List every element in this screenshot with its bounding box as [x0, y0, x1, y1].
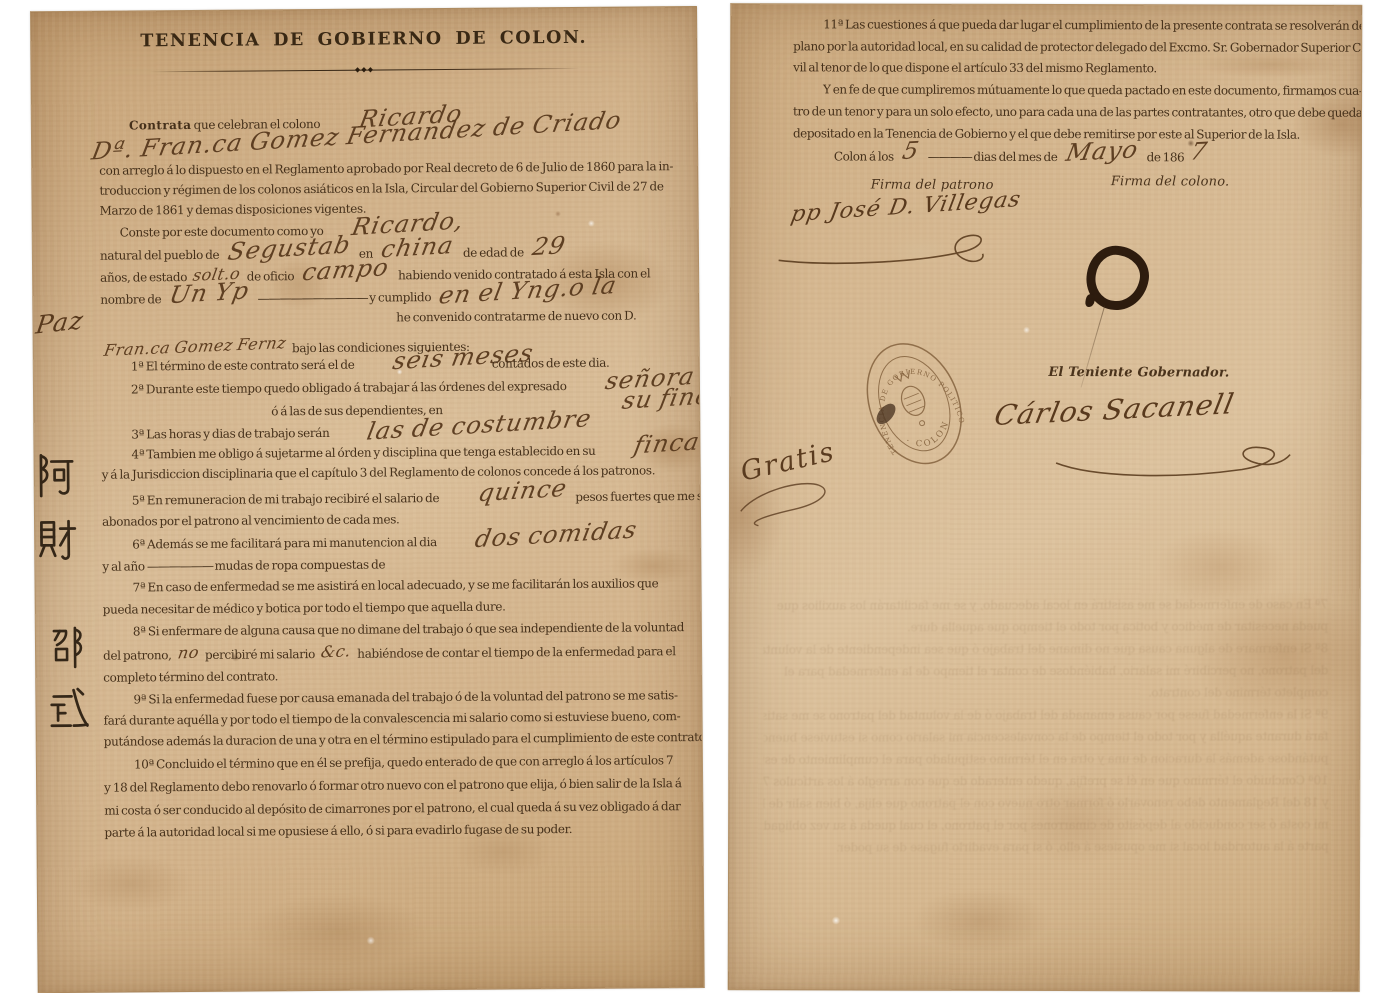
clause-7-line-2: pueda necesitar de médico y botica por t…	[103, 597, 665, 619]
clause-2-line-1: 2ª Durante este tiempo quedo obligado á …	[101, 377, 663, 399]
printed-text: 6ª Además se me facilitará para mi manut…	[132, 535, 439, 551]
chinese-character-wu-icon	[45, 682, 93, 736]
closing-line-3: depositado en la Tenencia de Gobierno y …	[793, 125, 1325, 144]
clause-11-line-3: vil al tenor de lo que dispone el artícu…	[793, 59, 1325, 78]
handwritten-text: en el Yng.o la	[439, 285, 617, 296]
lieutenant-governor-signature: Cárlos Sacanell	[992, 387, 1238, 432]
bleedthrough-line: 7ª En caso de enfermedad se me asistirá …	[763, 593, 1328, 616]
chinese-character-a-icon	[32, 449, 80, 501]
svg-text:· COLON ·: · COLON ·	[840, 319, 962, 467]
printed-text: de edad de	[461, 245, 527, 260]
printed-text: pesos fuertes que me serán	[573, 489, 705, 504]
printed-text: 4ª Tambien me obligo á sujetarme al órde…	[131, 444, 597, 462]
bleedthrough-line: 8ª Si enfermare de alguna causa que no d…	[763, 637, 1328, 660]
printed-text: de oficio	[244, 269, 296, 283]
bleedthrough-line: fará durante aquélla y por todo el tiemp…	[763, 725, 1328, 748]
document-title: TENENCIA DE GOBIERNO DE COLON.	[31, 27, 696, 52]
stamp-arc-bottom-text: · COLON ·	[840, 319, 962, 467]
handwritten-text: &c.	[321, 651, 351, 652]
printed-text: y al año	[102, 559, 147, 573]
clause-11-line-2: plano por la autoridad local, en su cali…	[793, 38, 1325, 57]
bleedthrough-line: del patrono, no percibiré mi salario, ha…	[763, 659, 1328, 682]
printed-text: mudas de ropa compuestas de	[215, 557, 386, 572]
clause-8-line-1: 8ª Si enfermare de alguna causa que no d…	[103, 619, 665, 641]
bleedthrough-line: mi costa ó ser conducido al depósito de …	[764, 813, 1329, 836]
clause-10-line-4: parte á la autoridad local si me opusies…	[104, 820, 666, 842]
clause-9-line-3: putándose además la duracion de una y ot…	[104, 729, 666, 751]
patron-signature-flourish	[771, 222, 1011, 273]
clause-10-line-3: mi costa ó ser conducido al depósito de …	[104, 798, 666, 820]
handwritten-text: Segustab	[228, 245, 350, 252]
clause-6-line-1: 6ª Además se me facilitará para mi manut…	[102, 532, 664, 554]
closing-line-1: Y en fe de que cumpliremos mútuamente lo…	[793, 81, 1325, 100]
handwritten-text: china	[382, 245, 454, 249]
handwritten-text: señora	[575, 376, 695, 383]
clause-8-line-2: del patrono, no percibiré mi salario &c.…	[103, 643, 665, 665]
declaration-line-5: he convenido contratarme de nuevo con D.	[100, 307, 636, 329]
printed-text: Contrata	[129, 118, 192, 132]
printed-text: ——————	[147, 559, 215, 574]
printed-text: Colon á los	[834, 149, 896, 163]
closing-line-2: tro de un tenor y para un solo efecto, u…	[793, 103, 1325, 122]
patrona-name-handwritten: Dª. Fran.ca Gomez Fernandez de Criado	[88, 131, 661, 153]
handwritten-text: quince	[448, 488, 567, 495]
title-divider-ornament	[149, 68, 579, 72]
clause-9-line-1: 9ª Si la enfermedad fuese por causa eman…	[103, 687, 665, 709]
printed-text: ————	[926, 150, 973, 164]
regulation-line-1: con arreglo á lo dispuesto en el Reglame…	[99, 158, 661, 180]
handwritten-text: campo	[303, 267, 389, 272]
printed-text: de 186	[1144, 150, 1184, 164]
printed-text: 2ª Durante este tiempo quedo obligado á …	[131, 379, 569, 396]
clause-11-line-1: 11ª Las cuestiones á que pueda dar lugar…	[793, 16, 1325, 35]
printed-text: y cumplido	[369, 290, 433, 305]
chinese-character-shao-icon	[45, 622, 93, 672]
handwritten-text: 5	[903, 150, 919, 151]
handwritten-text: Ricardo,	[332, 220, 464, 228]
chinese-character-cai-icon	[33, 511, 81, 567]
chinese-margin-annotation-2	[45, 622, 94, 746]
chinese-margin-annotation-1	[32, 449, 81, 577]
bleedthrough-line: completo término del contrato.	[763, 681, 1328, 704]
printed-text: percibiré mi salario	[203, 647, 318, 662]
bleedthrough-line: 10ª Concluido el término que en él se pr…	[764, 769, 1329, 792]
clause-6-line-2: y al año —————— mudas de ropa compuestas…	[102, 554, 664, 576]
handwritten-text: dos comidas	[445, 530, 637, 541]
bleedthrough-text: 7ª En caso de enfermedad se me asistirá …	[763, 593, 1329, 858]
clause-4-line-2: y á la Jurisdiccion disciplinaria que el…	[102, 462, 664, 484]
handwritten-text: las de costumbre	[337, 418, 592, 433]
lieutenant-governor-label: El Teniente Gobernador.	[1048, 365, 1229, 380]
bleedthrough-line: pueda necesitar de médico y botica por t…	[763, 615, 1328, 638]
handwritten-text: no	[178, 653, 199, 654]
printed-text: 1ª El término de este contrato será el d…	[131, 358, 357, 374]
clause-9-line-2: fará durante aquélla y por todo el tiemp…	[104, 708, 666, 730]
handwritten-text: finca	[604, 442, 700, 448]
printed-text: nombre de	[100, 292, 163, 306]
printed-text: ——————————	[256, 291, 369, 306]
clause-10-line-1: 10ª Concluido el término que en él se pr…	[104, 752, 666, 774]
handwritten-text: Un Yp	[170, 290, 249, 295]
bleedthrough-line: 9ª Si la enfermedad fuese por causa eman…	[763, 703, 1328, 726]
declaration-line-4: nombre de Un Yp —————————— y cumplido en…	[100, 287, 662, 309]
handwritten-text: 29	[533, 245, 566, 247]
clause-7-line-1: 7ª En caso de enfermedad se me asistirá …	[102, 575, 664, 597]
printed-text: 3ª Las horas y dias de trabajo serán	[131, 426, 331, 442]
handwritten-text: Fran.ca Gomez Fernz	[104, 343, 286, 351]
clause-3-line: 3ª Las horas y dias de trabajo serán las…	[101, 422, 663, 444]
contract-page-left: TENENCIA DE GOBIERNO DE COLON. Contrata …	[30, 6, 705, 993]
handwritten-text: Mayo	[1066, 149, 1138, 153]
printed-text: dias del mes de	[973, 150, 1059, 164]
contract-page-right: 11ª Las cuestiones á que pueda dar lugar…	[728, 3, 1363, 992]
lieutenant-signature-flourish	[1050, 433, 1300, 480]
bleedthrough-line: parte á la autoridad local si me opusies…	[764, 835, 1329, 858]
printed-text: 5ª En remuneracion de mi trabajo recibir…	[132, 491, 442, 507]
printed-text: del patrono,	[103, 648, 174, 663]
regulation-line-2: troduccion y régimen de los colonos asiá…	[99, 178, 661, 200]
declaration-line-1: Conste por este documento como yo Ricard…	[100, 220, 662, 242]
clause-1-tail: contados de este dia.	[492, 355, 610, 374]
official-stamp: TENENCIA DE GOBIERNO POLITICO · COLON ·	[840, 318, 989, 489]
clause-5-line-1: 5ª En remuneracion de mi trabajo recibir…	[102, 488, 664, 510]
printed-text: natural del pueblo de	[100, 248, 222, 263]
patron-signature-handwritten: pp José D. Villegas	[789, 187, 1023, 227]
bleedthrough-line: putándose además la duracion de una y ot…	[763, 747, 1328, 770]
printed-text: habiéndose de contar el tiempo de la enf…	[355, 644, 676, 661]
ink-ring-blot	[1082, 242, 1153, 315]
bleedthrough-line: y 18 del Reglamento debo renovarlo ó for…	[764, 791, 1329, 814]
clause-4-line-1: 4ª Tambien me obligo á sujetarme al órde…	[101, 442, 663, 464]
clause-8-line-3: completo término del contrato.	[103, 665, 665, 687]
clause-10-line-2: y 18 del Reglamento debo renovarlo ó for…	[104, 775, 666, 797]
date-line: Colon á los 5 ———— dias del mes de Mayo …	[834, 148, 1325, 167]
margin-annotation-paz: Paz	[34, 305, 86, 339]
handwritten-text: 7	[1191, 151, 1207, 152]
handwritten-text: solt.o	[193, 274, 240, 276]
colono-signature-label: Firma del colono.	[1111, 174, 1230, 189]
